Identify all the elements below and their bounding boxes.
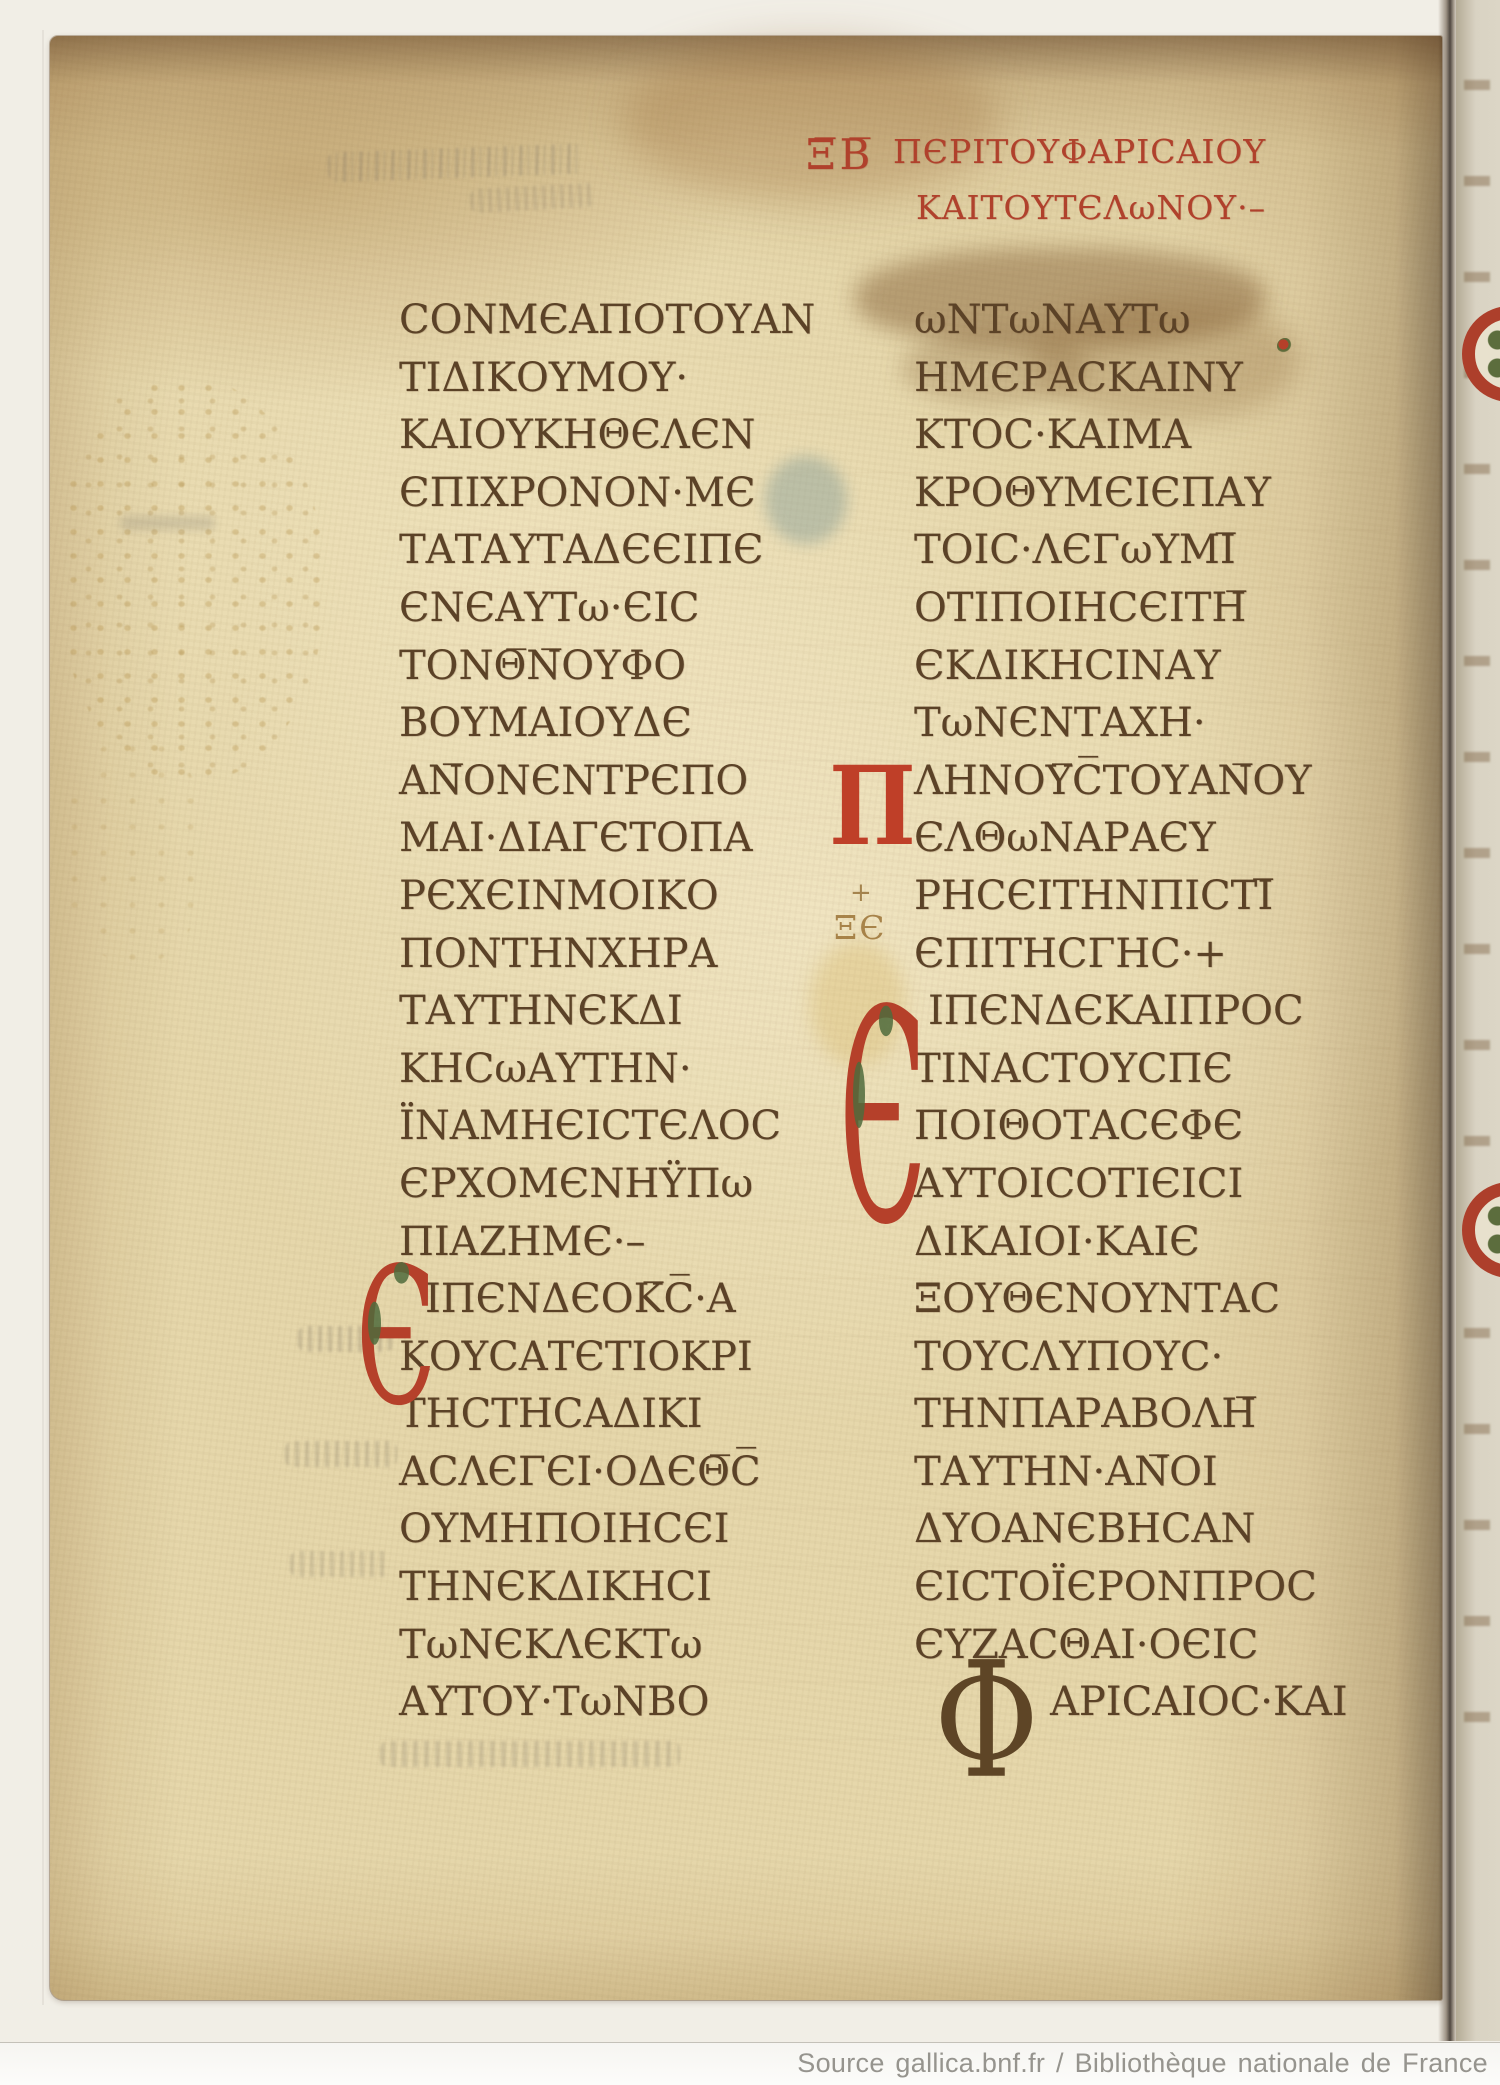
- rubric-title-line2: ΚΑΙΤΟΥΤЄΛωΝΟΥ·–: [916, 188, 1266, 227]
- manuscript-line: ΚΟΥCΑΤЄΤΙΟΚΡΙ: [399, 1329, 815, 1387]
- manuscript-line: ΤΟΝΘ̅Ν̅ΟΥΦΟ: [399, 638, 815, 696]
- manuscript-line: ΑCΛЄΓЄΙ·ΟΔЄΘ̅C̅: [399, 1444, 815, 1502]
- manuscript-line: ΪΝΑΜΗЄΙCΤЄΛΟC: [399, 1098, 815, 1156]
- parchment-speckle-texture: [60, 736, 210, 966]
- manuscript-line: ЄΛΘωΝΑΡΑЄΥ: [914, 810, 1348, 868]
- initial-letter: Φ: [934, 1642, 1039, 1802]
- manuscript-line: ΤΑΥΤΗΝ·ΑΝ̅ΟΙ: [914, 1444, 1348, 1502]
- manuscript-line: CΟΝΜЄΑΠΟΤΟΥΑΝ: [399, 292, 815, 350]
- manuscript-line: ΤΟΥCΛΥΠΟΥC·: [914, 1329, 1348, 1387]
- manuscript-line: ΡΗCЄΙΤΗΝΠΙCΤΙ̅: [914, 868, 1348, 926]
- manuscript-line: ΗΜЄΡΑCΚΑΙΝΥ: [914, 350, 1348, 408]
- decorated-initial-epsilon: Є: [356, 1244, 436, 1433]
- manuscript-line: ΔΥΟΑΝЄΒΗCΑΝ: [914, 1501, 1348, 1559]
- manuscript-line: ΠΙΑΖΗΜЄ·–: [399, 1214, 815, 1272]
- manuscript-line: ЄΠΙΧΡΟΝΟΝ·ΜЄ: [399, 465, 815, 523]
- manuscript-line: ΤΙΔΙΚΟΥΜΟΥ·: [399, 350, 815, 408]
- manuscript-line: ΜΑΙ·ΔΙΑΓЄΤΟΠΑ: [399, 810, 815, 868]
- manuscript-line: ЄΙCΤΟΪЄΡΟΝΠΡΟC: [914, 1559, 1348, 1617]
- manuscript-line: ΔΙΚΑΙΟΙ·ΚΑΙЄ: [914, 1214, 1348, 1272]
- margin-cross-mark: +: [850, 878, 872, 908]
- initial-green-accent: [879, 1006, 893, 1037]
- left-text-column: CΟΝΜЄΑΠΟΤΟΥΑΝΤΙΔΙΚΟΥΜΟΥ·ΚΑΙΟΥΚΗΘЄΛЄΝЄΠΙΧ…: [399, 292, 815, 1732]
- initial-green-accent: [394, 1262, 409, 1284]
- manuscript-line: ΤΗΝΠΑΡΑΒΟΛΗ̅: [914, 1386, 1348, 1444]
- adjacent-page-edge: [1456, 0, 1500, 2041]
- manuscript-line: ΤΑΥΤΗΝЄΚΔΙ: [399, 983, 815, 1041]
- manuscript-line: ΛΗΝΟΥ̅C̅ΤΟΥΑΝ̅ΟΥ: [914, 753, 1348, 811]
- chapter-number-marker: Ξ̅Β̅: [806, 130, 874, 179]
- manuscript-line: ЄΝЄΑΥΤω·ЄΙC: [399, 580, 815, 638]
- bleed-through-text: [380, 1741, 680, 1767]
- manuscript-line: ΠΟΙΘΟΤΑCЄΦЄ: [914, 1098, 1348, 1156]
- manuscript-line: ΤΗCΤΗCΑΔΙΚΙ: [399, 1386, 815, 1444]
- manuscript-line: ΟΤΙΠΟΙΗCЄΙΤΗ̅: [914, 580, 1348, 638]
- scan-backing-line: [42, 30, 44, 2005]
- manuscript-line: ΤΗΝЄΚΔΙΚΗCΙ: [399, 1559, 815, 1617]
- manuscript-line: ΤωΝЄΚΛЄΚΤω: [399, 1617, 815, 1675]
- bleed-through-text: [120, 516, 215, 530]
- manuscript-line: ΑΝ̅ΟΝЄΝΤΡЄΠΟ: [399, 753, 815, 811]
- gallica-source-bar: Source gallica.bnf.fr / Bibliothèque nat…: [0, 2042, 1500, 2085]
- manuscript-line: ЄΚΔΙΚΗCΙΝΑΥ: [914, 638, 1348, 696]
- rubric-title-line1: ΠЄΡΙΤΟΥΦΑΡΙCΑΙΟΥ: [893, 132, 1266, 171]
- manuscript-line: ΤΟΙC·ΛЄΓωΥΜΙ̅: [914, 522, 1348, 580]
- manuscript-line: ΡЄΧЄΙΝΜΟΙΚΟ: [399, 868, 815, 926]
- manuscript-line: ΚΤΟC·ΚΑΙΜΑ: [914, 407, 1348, 465]
- initial-green-accent: [853, 1062, 865, 1128]
- decorated-initial-epsilon: Є: [839, 975, 927, 1268]
- decorated-initial-pi: Π: [829, 752, 916, 861]
- manuscript-line: ЄΠΙΤΗCΓΗC·+: [914, 926, 1348, 984]
- right-text-column: ωΝΤωΝΑΥΤωΗΜЄΡΑCΚΑΙΝΥΚΤΟC·ΚΑΙΜΑΚΡΟΘΥΜЄΙЄΠ…: [914, 292, 1348, 1732]
- manuscript-line: ЄΡΧΟΜЄΝΗΫΠω: [399, 1156, 815, 1214]
- manuscript-line: ΒΟΥΜΑΙΟΥΔЄ: [399, 695, 815, 753]
- manuscript-line: ΚΑΙΟΥΚΗΘЄΛЄΝ: [399, 407, 815, 465]
- manuscript-line: ΤΑΤΑΥΤΑΔЄЄΙΠЄ: [399, 522, 815, 580]
- manuscript-line: ΠΟΝΤΗΝΧΗΡΑ: [399, 926, 815, 984]
- enlarged-initial-phi: Φ: [934, 1642, 1039, 1802]
- manuscript-line: ΤΙΝΑCΤΟΥCΠЄ: [914, 1041, 1348, 1099]
- manuscript-line: ΑΥΤΟΙCΟΤΙЄΙCΙ: [914, 1156, 1348, 1214]
- initial-green-accent: [368, 1302, 381, 1345]
- manuscript-line: ΞΟΥΘЄΝΟΥΝΤΑC: [914, 1271, 1348, 1329]
- parchment-page: Ξ̅Β̅ ΠЄΡΙΤΟΥΦΑΡΙCΑΙΟΥ ΚΑΙΤΟΥΤЄΛωΝΟΥ·– + …: [50, 36, 1442, 2000]
- manuscript-line: ΟΥΜΗΠΟΙΗCЄΙ: [399, 1501, 815, 1559]
- margin-chapter-number: ΞЄ: [834, 908, 886, 947]
- manuscript-line: ΙΠЄΝΔЄΚΑΙΠΡΟC: [914, 983, 1348, 1041]
- gutter-crease-shadow: [1438, 0, 1458, 2041]
- red-green-dot-ornament: [1277, 338, 1293, 354]
- initial-letter: Π: [829, 752, 916, 861]
- source-attribution: Source gallica.bnf.fr / Bibliothèque nat…: [797, 2043, 1488, 2083]
- manuscript-line: ΑΥΤΟΥ·ΤωΝΒΟ: [399, 1674, 815, 1732]
- manuscript-line: ΙΠЄΝΔЄΟΚ̅C̅·Α: [399, 1271, 815, 1329]
- manuscript-line: ΤωΝЄΝΤΑΧΗ·: [914, 695, 1348, 753]
- manuscript-line: ΚΗCωΑΥΤΗΝ·: [399, 1041, 815, 1099]
- manuscript-line: ΚΡΟΘΥΜЄΙЄΠΑΥ: [914, 465, 1348, 523]
- bleed-through-text: [290, 1551, 390, 1577]
